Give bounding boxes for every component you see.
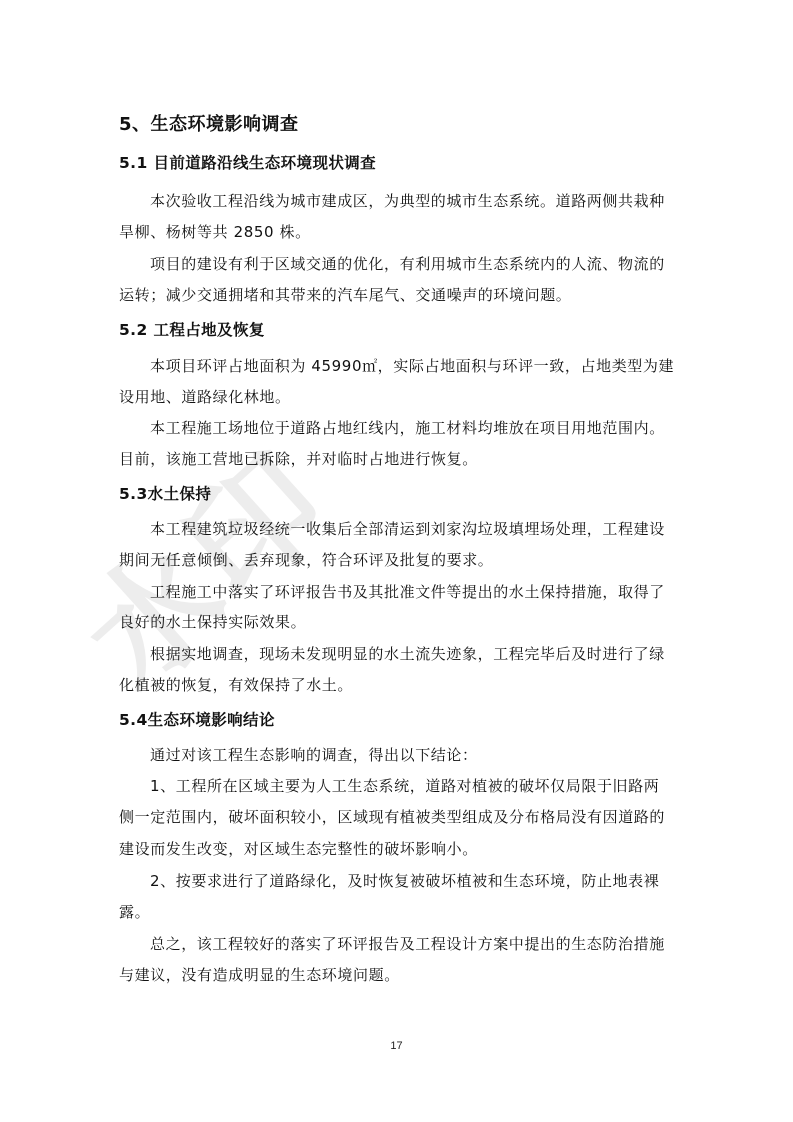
paragraph-line: 良好的水土保持实际效果。 xyxy=(119,612,675,632)
section-title: 5、生态环境影响调查 xyxy=(119,115,675,135)
paragraph-line: 目前，该施工营地已拆除，并对临时占地进行恢复。 xyxy=(119,449,675,469)
subsection-title-5-4: 5.4生态环境影响结论 xyxy=(119,710,675,730)
page-number: 17 xyxy=(0,1040,793,1052)
paragraph-line: 旱柳、杨树等共 2850 株。 xyxy=(119,222,675,242)
paragraph-line: 本次验收工程沿线为城市建成区，为典型的城市生态系统。道路两侧共栽种 xyxy=(119,191,675,211)
paragraph-line: 侧一定范围内，破坏面积较小，区域现有植被类型组成及分布格局没有因道路的 xyxy=(119,807,675,827)
document-page: 水印 5、生态环境影响调查 5.1 目前道路沿线生态环境现状调查 本次验收工程沿… xyxy=(0,0,793,1122)
paragraph-line: 1、工程所在区域主要为人工生态系统，道路对植被的破坏仅局限于旧路两 xyxy=(119,776,675,796)
paragraph-line: 化植被的恢复，有效保持了水土。 xyxy=(119,675,675,695)
paragraph-line: 本工程施工场地位于道路占地红线内，施工材料均堆放在项目用地范围内。 xyxy=(119,418,675,438)
subsection-title-5-3: 5.3水土保持 xyxy=(119,484,675,504)
paragraph-line: 本工程建筑垃圾经统一收集后全部清运到刘家沟垃圾填埋场处理，工程建设 xyxy=(119,519,675,539)
paragraph-line: 设用地、道路绿化林地。 xyxy=(119,387,675,407)
paragraph-line: 与建议，没有造成明显的生态环境问题。 xyxy=(119,965,675,985)
paragraph-line: 露。 xyxy=(119,902,675,922)
paragraph-line: 通过对该工程生态影响的调查，得出以下结论： xyxy=(119,745,675,765)
subsection-title-5-1: 5.1 目前道路沿线生态环境现状调查 xyxy=(119,153,675,173)
paragraph-line: 总之，该工程较好的落实了环评报告及工程设计方案中提出的生态防治措施 xyxy=(119,934,675,954)
paragraph-line: 运转；减少交通拥堵和其带来的汽车尾气、交通噪声的环境问题。 xyxy=(119,285,675,305)
paragraph-line: 根据实地调查，现场未发现明显的水土流失迹象，工程完毕后及时进行了绿 xyxy=(119,644,675,664)
paragraph-line: 2、按要求进行了道路绿化，及时恢复被破坏植被和生态环境，防止地表裸 xyxy=(119,871,675,891)
paragraph-line: 项目的建设有利于区域交通的优化，有利用城市生态系统内的人流、物流的 xyxy=(119,254,675,274)
paragraph-line: 期间无任意倾倒、丢弃现象，符合环评及批复的要求。 xyxy=(119,550,675,570)
paragraph-line: 建设而发生改变，对区域生态完整性的破坏影响小。 xyxy=(119,839,675,859)
paragraph-line: 工程施工中落实了环评报告书及其批准文件等提出的水土保持措施，取得了 xyxy=(119,582,675,602)
paragraph-line: 本项目环评占地面积为 45990㎡，实际占地面积与环评一致，占地类型为建 xyxy=(119,356,675,376)
subsection-title-5-2: 5.2 工程占地及恢复 xyxy=(119,320,675,340)
